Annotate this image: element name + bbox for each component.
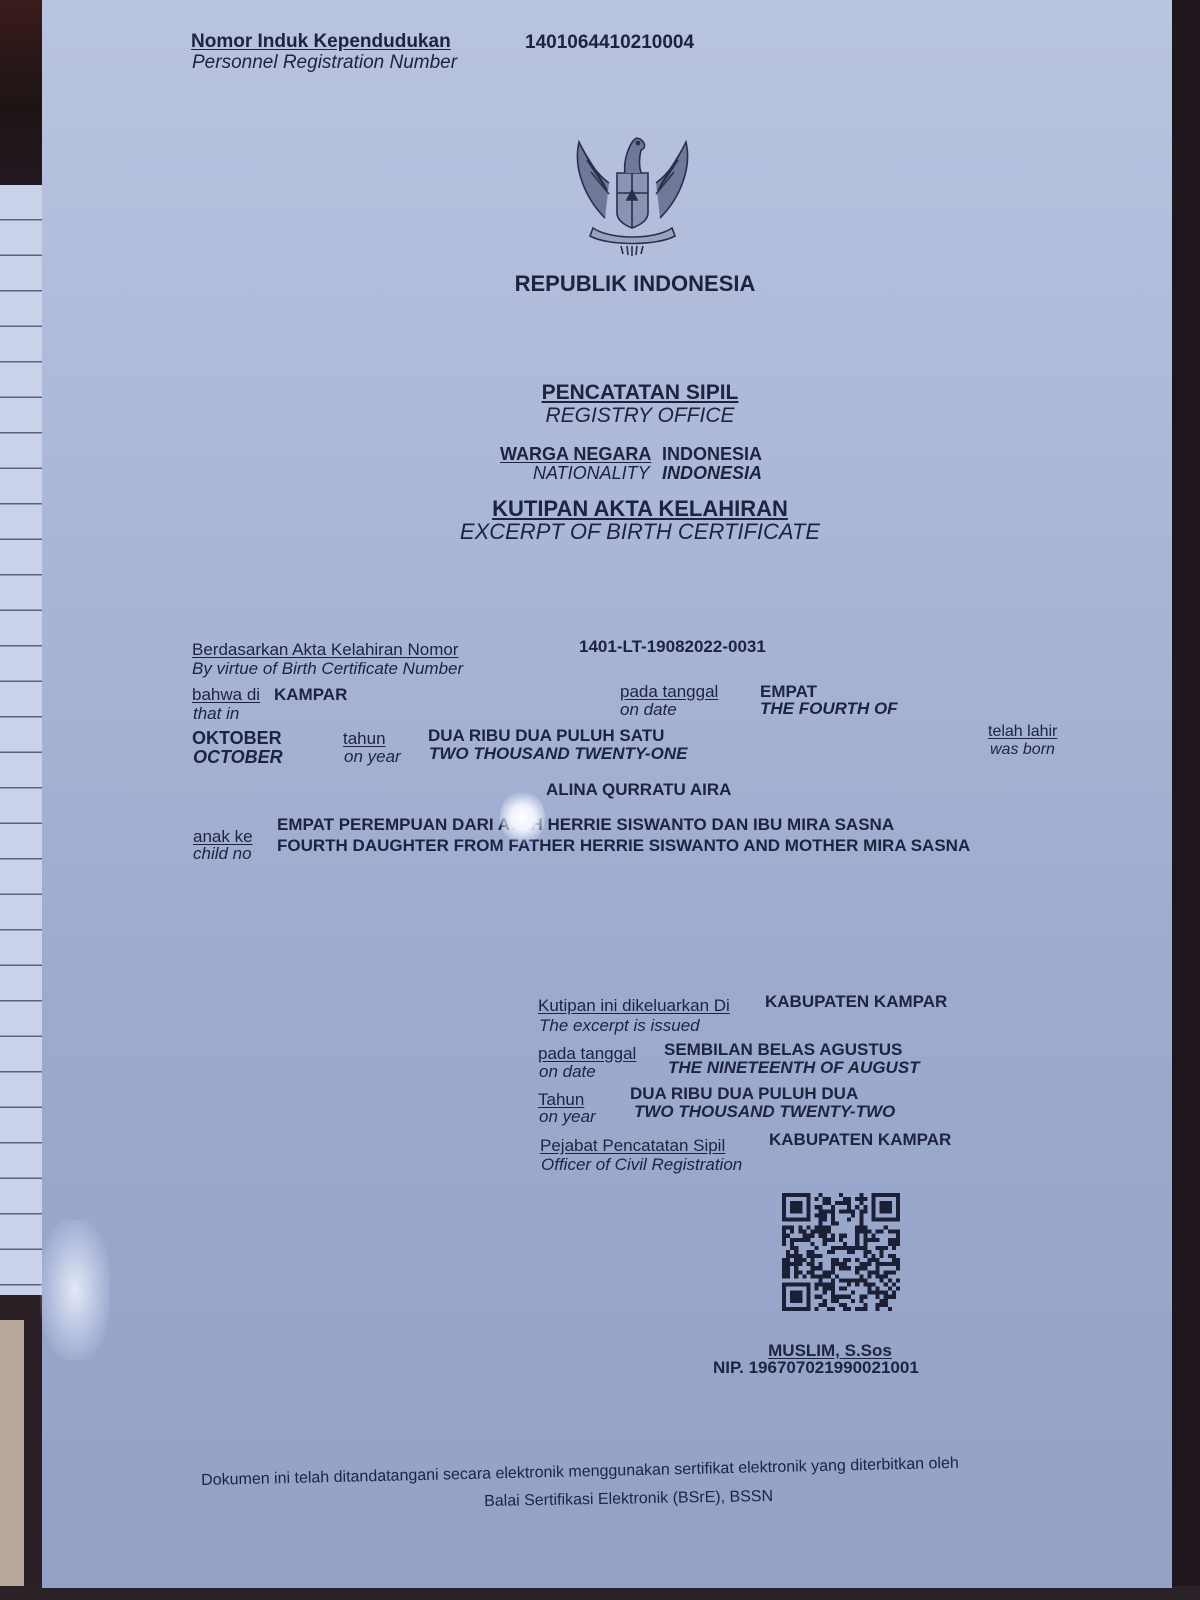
- birth-date-label: pada tanggal: [620, 683, 718, 701]
- office-title: PENCATATAN SIPIL: [480, 382, 800, 404]
- birth-month-en: OCTOBER: [193, 748, 283, 767]
- country-title: REPUBLIK INDONESIA: [500, 272, 770, 295]
- nationality-label-en: NATIONALITY: [533, 464, 650, 483]
- officer-nip: NIP. 196707021990021001: [713, 1359, 919, 1377]
- office-title-en: REGISTRY OFFICE: [480, 405, 800, 427]
- issued-place-value: KABUPATEN KAMPAR: [765, 993, 947, 1011]
- birth-year-en: TWO THOUSAND TWENTY-ONE: [429, 745, 687, 763]
- background-surface-bottom: [0, 1586, 1200, 1600]
- was-born-label-en: was born: [990, 742, 1055, 759]
- qr-code-icon: [782, 1193, 900, 1311]
- nationality-value-en: INDONESIA: [662, 464, 762, 483]
- issued-place-label: Kutipan ini dikeluarkan Di: [538, 997, 730, 1015]
- issued-place-label-en: The excerpt is issued: [539, 1017, 700, 1035]
- birth-year: DUA RIBU DUA PULUH SATU: [428, 727, 664, 745]
- child-no-label-en: child no: [193, 845, 252, 863]
- background-table: [0, 1320, 24, 1600]
- birth-place-value: KAMPAR: [274, 686, 347, 704]
- photo-glare: [500, 790, 545, 845]
- issued-date-label-en: on date: [539, 1063, 596, 1081]
- issued-date-en: THE NINETEENTH OF AUGUST: [668, 1059, 920, 1077]
- cert-number-value: 1401-LT-19082022-0031: [579, 638, 766, 656]
- child-description-en: FOURTH DAUGHTER FROM FATHER HERRIE SISWA…: [277, 837, 970, 855]
- child-description: EMPAT PEREMPUAN DARI AYAH HERRIE SISWANT…: [277, 816, 894, 834]
- officer-region: KABUPATEN KAMPAR: [769, 1131, 951, 1149]
- issued-date: SEMBILAN BELAS AGUSTUS: [664, 1041, 902, 1059]
- nationality-label: WARGA NEGARA: [500, 445, 651, 464]
- issued-year-label-en: on year: [539, 1108, 596, 1126]
- cert-number-label-en: By virtue of Birth Certificate Number: [192, 660, 463, 678]
- birth-year-label-en: on year: [344, 748, 401, 766]
- photo-glare-left: [40, 1220, 110, 1360]
- birth-month: OKTOBER: [192, 729, 282, 748]
- garuda-pancasila-emblem-icon: [565, 128, 700, 263]
- ruled-notebook-edge: [0, 185, 42, 1295]
- birth-place-label-en: that in: [193, 705, 239, 723]
- cert-number-label: Berdasarkan Akta Kelahiran Nomor: [192, 641, 458, 659]
- birth-day-en: THE FOURTH OF: [760, 700, 898, 718]
- officer-label-en: Officer of Civil Registration: [541, 1156, 742, 1174]
- document-title: KUTIPAN AKTA KELAHIRAN: [440, 497, 840, 520]
- document-title-en: EXCERPT OF BIRTH CERTIFICATE: [440, 520, 840, 543]
- issued-date-label: pada tanggal: [538, 1045, 636, 1063]
- nik-label: Nomor Induk Kependudukan: [191, 32, 451, 52]
- child-name: ALINA QURRATU AIRA: [546, 781, 731, 799]
- issued-year: DUA RIBU DUA PULUH DUA: [630, 1085, 858, 1103]
- birth-date-label-en: on date: [620, 701, 677, 719]
- nationality-value: INDONESIA: [662, 445, 762, 464]
- was-born-label: telah lahir: [988, 724, 1057, 741]
- officer-label: Pejabat Pencatatan Sipil: [540, 1137, 725, 1155]
- nik-value: 1401064410210004: [525, 33, 694, 53]
- background-surface-right: [1172, 0, 1200, 1600]
- issued-year-en: TWO THOUSAND TWENTY-TWO: [634, 1103, 895, 1121]
- nik-label-en: Personnel Registration Number: [192, 53, 457, 73]
- birth-place-label: bahwa di: [192, 686, 260, 704]
- birth-year-label: tahun: [343, 730, 386, 748]
- background-surface: [0, 0, 44, 185]
